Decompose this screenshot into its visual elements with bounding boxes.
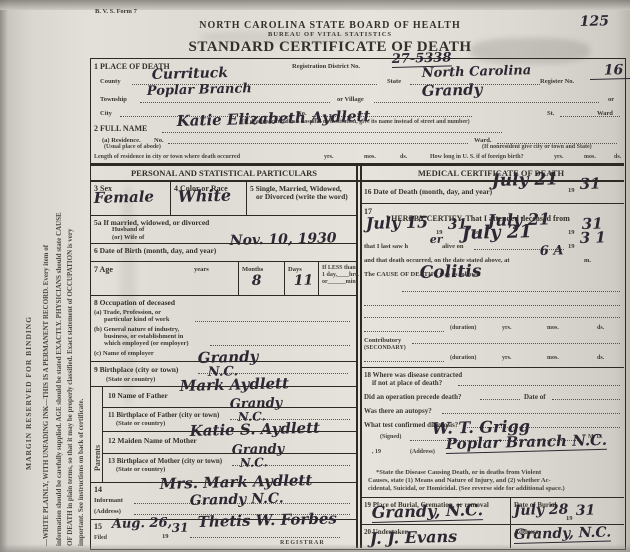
dur2-yrs: yrs. — [502, 355, 512, 361]
dod-19: 19 — [568, 187, 575, 194]
rule — [90, 215, 356, 216]
form-number: B. V. S. Form 7 — [95, 8, 137, 15]
dur-mos: mos. — [547, 325, 559, 331]
parents-divider — [102, 386, 103, 482]
lastsaw-value: July 21 — [461, 221, 532, 244]
undertaker-addr-value: Grandy, N.C. — [514, 524, 612, 544]
occupation-label: 8 Occupation of deceased — [94, 298, 175, 307]
nonresident-note: (If nonresident give city or town and St… — [482, 144, 592, 150]
full-name-section: 2 FULL NAME Katie Elizabeth Aydlett (a) … — [92, 124, 622, 164]
ifless-note3: or______min. — [322, 279, 357, 285]
occupation-a1: (a) Trade, Profession, or — [94, 309, 161, 316]
yrs2-label: yrs. — [554, 154, 564, 160]
contributory-label: Contributory — [364, 337, 401, 344]
dob-label: 6 Date of Birth (month, day, and year) — [94, 246, 216, 255]
op-line — [480, 399, 520, 400]
where-contracted-label1: 18 Where was disease contracted — [364, 371, 462, 379]
full-name-value: Katie Elizabeth Aydlett — [177, 107, 371, 130]
lastsaw-text-b: alive on — [442, 243, 464, 250]
register-label: Register No. — [540, 78, 574, 85]
lastsaw-yy: 3 1 — [580, 228, 607, 247]
signed-label: (Signed) — [380, 434, 401, 440]
informant-value: Mrs. Mark Aydlett — [160, 471, 313, 493]
age-days-value: 11 — [294, 272, 314, 289]
undertaker-value: J. J. Evans — [370, 527, 458, 548]
cell-divider — [284, 262, 285, 295]
father-bp-state-note: (State or country) — [116, 420, 165, 427]
lastsaw-19: 19 — [568, 243, 575, 250]
ds2-label: ds. — [614, 154, 621, 160]
dob-value: Nov. 10, 1930 — [230, 230, 337, 249]
operation-label: Did an operation precede death? — [364, 393, 461, 401]
footnote-line3: cidental, Suicidal, or Homicidal. (See r… — [368, 485, 565, 492]
dur-lead — [364, 331, 444, 332]
or-label: or — [608, 96, 614, 103]
father-bp-label: 11 Birthplace of Father (city or town) — [108, 411, 219, 419]
birthplace-label: 9 Birthplace (city or town) — [94, 365, 178, 374]
dod-yy: 31 — [580, 174, 601, 193]
cell-divider — [170, 181, 171, 215]
ds-label: ds. — [400, 154, 407, 160]
age-months-value: 8 — [252, 273, 262, 289]
length-residence-label: Length of residence in city or town wher… — [94, 154, 240, 160]
father-name-label: 10 Name of Father — [108, 391, 168, 400]
dur-yrs: yrs. — [502, 325, 512, 331]
burial-divider — [510, 497, 511, 548]
physician-address: Poplar Branch N.C. — [446, 431, 608, 454]
margin-note-line3: OF DEATH in plain terms, so that it may … — [66, 228, 74, 546]
org-title: NORTH CAROLINA STATE BOARD OF HEALTH — [90, 20, 570, 31]
years-label: years — [194, 266, 209, 273]
howlong-label: How long in U. S. if of foreign birth? — [430, 154, 524, 160]
margin-note-line1: —WRITE PLAINLY, WITH UNFADING INK—THIS I… — [42, 245, 50, 546]
death-certificate-scan: MARGIN RESERVED FOR BINDING —WRITE PLAIN… — [0, 0, 630, 552]
abode-note: (Usual place of abode) — [104, 144, 161, 150]
full-name-label: 2 FULL NAME — [94, 124, 147, 133]
informant-addr-value: Grandy N.C. — [190, 491, 284, 509]
occupation-a2: particular kind of work — [104, 316, 169, 323]
medical-column: 16 Date of Death (month, day, and year) … — [362, 181, 624, 548]
dod-value: July 21 — [491, 169, 558, 191]
lastsaw-text-a: that I last saw h — [364, 243, 408, 250]
dur2-mos: mos. — [547, 355, 559, 361]
duration2-label: (duration) — [450, 355, 476, 361]
ward-label: Ward — [597, 110, 613, 117]
village-value: Grandy — [422, 80, 483, 100]
township-line — [140, 102, 330, 103]
filed-label: Filed — [94, 535, 107, 541]
cause-line1 — [402, 291, 620, 292]
county-value: Currituck — [152, 65, 229, 83]
where-line — [458, 385, 620, 386]
cell-divider — [238, 262, 239, 295]
residence-no-label: No. — [154, 137, 164, 144]
reg-district-label: Registration District No. — [292, 63, 360, 70]
footnote-line1: *State the Disease Causing Death, or in … — [376, 469, 541, 476]
occupation-b3: which employed (or employer) — [104, 340, 189, 347]
occupation-b2: business, or establishment in — [104, 333, 183, 340]
occ-b-line — [210, 345, 350, 346]
rule — [102, 453, 356, 454]
ifless-note2: 1 day,____hrs. — [322, 272, 359, 278]
address-label: (Address) — [410, 449, 435, 455]
informant-addr-label: (Address) — [94, 508, 121, 515]
informant-label: Informant — [94, 497, 123, 504]
burial-19: 19 — [566, 515, 573, 522]
center-divider — [356, 163, 358, 548]
dateof-label: Date of — [524, 393, 546, 401]
bureau-subtitle: BUREAU OF VITAL STATISTICS — [90, 31, 570, 38]
filed-date-value: Aug. 26, — [112, 515, 173, 532]
certificate-title: STANDARD CERTIFICATE OF DEATH — [90, 39, 570, 56]
to-19: 19 — [568, 229, 575, 236]
occ-a-line — [195, 321, 350, 322]
filed-19: 19 — [162, 533, 169, 540]
register-value: 16 — [590, 62, 630, 80]
mother-name-value: Katie S. Aydlett — [190, 419, 321, 440]
margin-note-line2: information should be carefully supplied… — [55, 212, 63, 546]
autopsy-line — [442, 413, 620, 414]
filed-num: 15 — [94, 522, 102, 531]
margin-note-line4: important. See instructions on back of c… — [77, 399, 85, 546]
rule — [362, 497, 624, 498]
dur-ds: ds. — [597, 325, 604, 331]
residence-ward-label: Ward. — [474, 137, 492, 144]
sex-value: Female — [94, 187, 155, 207]
dur2-ds: ds. — [597, 355, 604, 361]
village-label: or Village — [337, 96, 364, 103]
age-label: 7 Age — [94, 265, 113, 274]
father-name-value: Mark Aydlett — [180, 374, 290, 395]
st-label: St. — [547, 110, 554, 117]
state-value: North Carolina — [422, 63, 532, 81]
dod-label: 16 Date of Death (month, day, and year) — [364, 187, 492, 196]
occupation-b1: (b) General nature of industry, — [94, 326, 179, 333]
duration-label: (duration) — [450, 325, 476, 331]
mother-bp-label: 13 Birthplace of Mother (city or town) — [108, 457, 222, 465]
burial-date-value: July 28 — [514, 502, 569, 519]
bp-state-label: (State or country) — [106, 376, 155, 383]
burial-place-value: Grandy, N.C. — [371, 500, 483, 523]
residence-line — [168, 143, 468, 144]
cause-line3 — [364, 317, 620, 318]
state-label: State — [387, 78, 401, 85]
township-value: Poplar Branch — [147, 81, 252, 99]
personal-column-header: PERSONAL AND STATISTICAL PARTICULARS — [92, 168, 356, 178]
city-label: City — [100, 110, 112, 117]
autopsy-label: Was there an autopsy? — [364, 407, 432, 415]
registrar-label: REGISTRAR — [280, 540, 325, 546]
mother-bp-state-value: N.C. — [240, 455, 268, 470]
hour-value: 6 A — [540, 243, 564, 259]
marital-label2: or Divorced (write the word) — [256, 192, 348, 201]
mos2-label: mos. — [584, 154, 596, 160]
mother-name-label: 12 Maiden Name of Mother — [108, 436, 197, 445]
husband-label: Husband of — [112, 226, 144, 233]
yrs-label: yrs. — [324, 154, 334, 160]
county-label: County — [100, 78, 121, 85]
informant-num: 14 — [94, 485, 102, 494]
filed-yy: 31 — [172, 521, 189, 535]
burial-yy: 31 — [576, 502, 596, 519]
township-label: Township — [100, 96, 127, 103]
margin-reserved-note: MARGIN RESERVED FOR BINDING — [24, 316, 33, 470]
sign-date-pre: , 19 — [372, 449, 381, 455]
rule — [90, 295, 356, 296]
occupation-c: (c) Name of employer — [94, 350, 154, 357]
mother-bp-state-note: (State or country) — [116, 466, 165, 473]
cell-divider — [246, 181, 247, 215]
footnote-line2: Causes, state (1) Means and Nature of In… — [368, 477, 551, 484]
cause-line2 — [364, 305, 620, 306]
mos-label: mos. — [364, 154, 376, 160]
cause-value: Colitis — [419, 261, 481, 283]
registrar-signature: Thetis W. Forbes — [198, 509, 338, 531]
rule — [362, 203, 624, 204]
lastsaw-er: er — [430, 233, 443, 246]
rule — [362, 367, 624, 368]
cell-divider — [318, 262, 319, 295]
parents-side-label: Parents — [93, 445, 102, 471]
rule — [90, 261, 356, 262]
page-number-handwritten: 125 — [580, 13, 610, 30]
wife-label: (or) Wife of — [112, 234, 144, 241]
registrar-line — [190, 537, 340, 538]
m-label: m. — [584, 257, 591, 264]
race-value: White — [178, 186, 232, 206]
contrib-line — [412, 343, 620, 344]
residence-label: (a) Residence. — [102, 137, 141, 144]
secondary-label: (SECONDARY) — [364, 345, 406, 351]
where-contracted-label2: if not at place of death? — [372, 379, 442, 387]
full-name-line — [162, 132, 502, 133]
personal-column: 3 Sex Female 4 Color or Race White 5 Sin… — [90, 181, 356, 548]
dur2-lead — [364, 361, 444, 362]
ifless-note1: If LESS than — [322, 265, 356, 271]
attended-from-value: July 15 — [366, 212, 429, 233]
dateof-line — [552, 399, 620, 400]
village-line — [374, 102, 599, 103]
